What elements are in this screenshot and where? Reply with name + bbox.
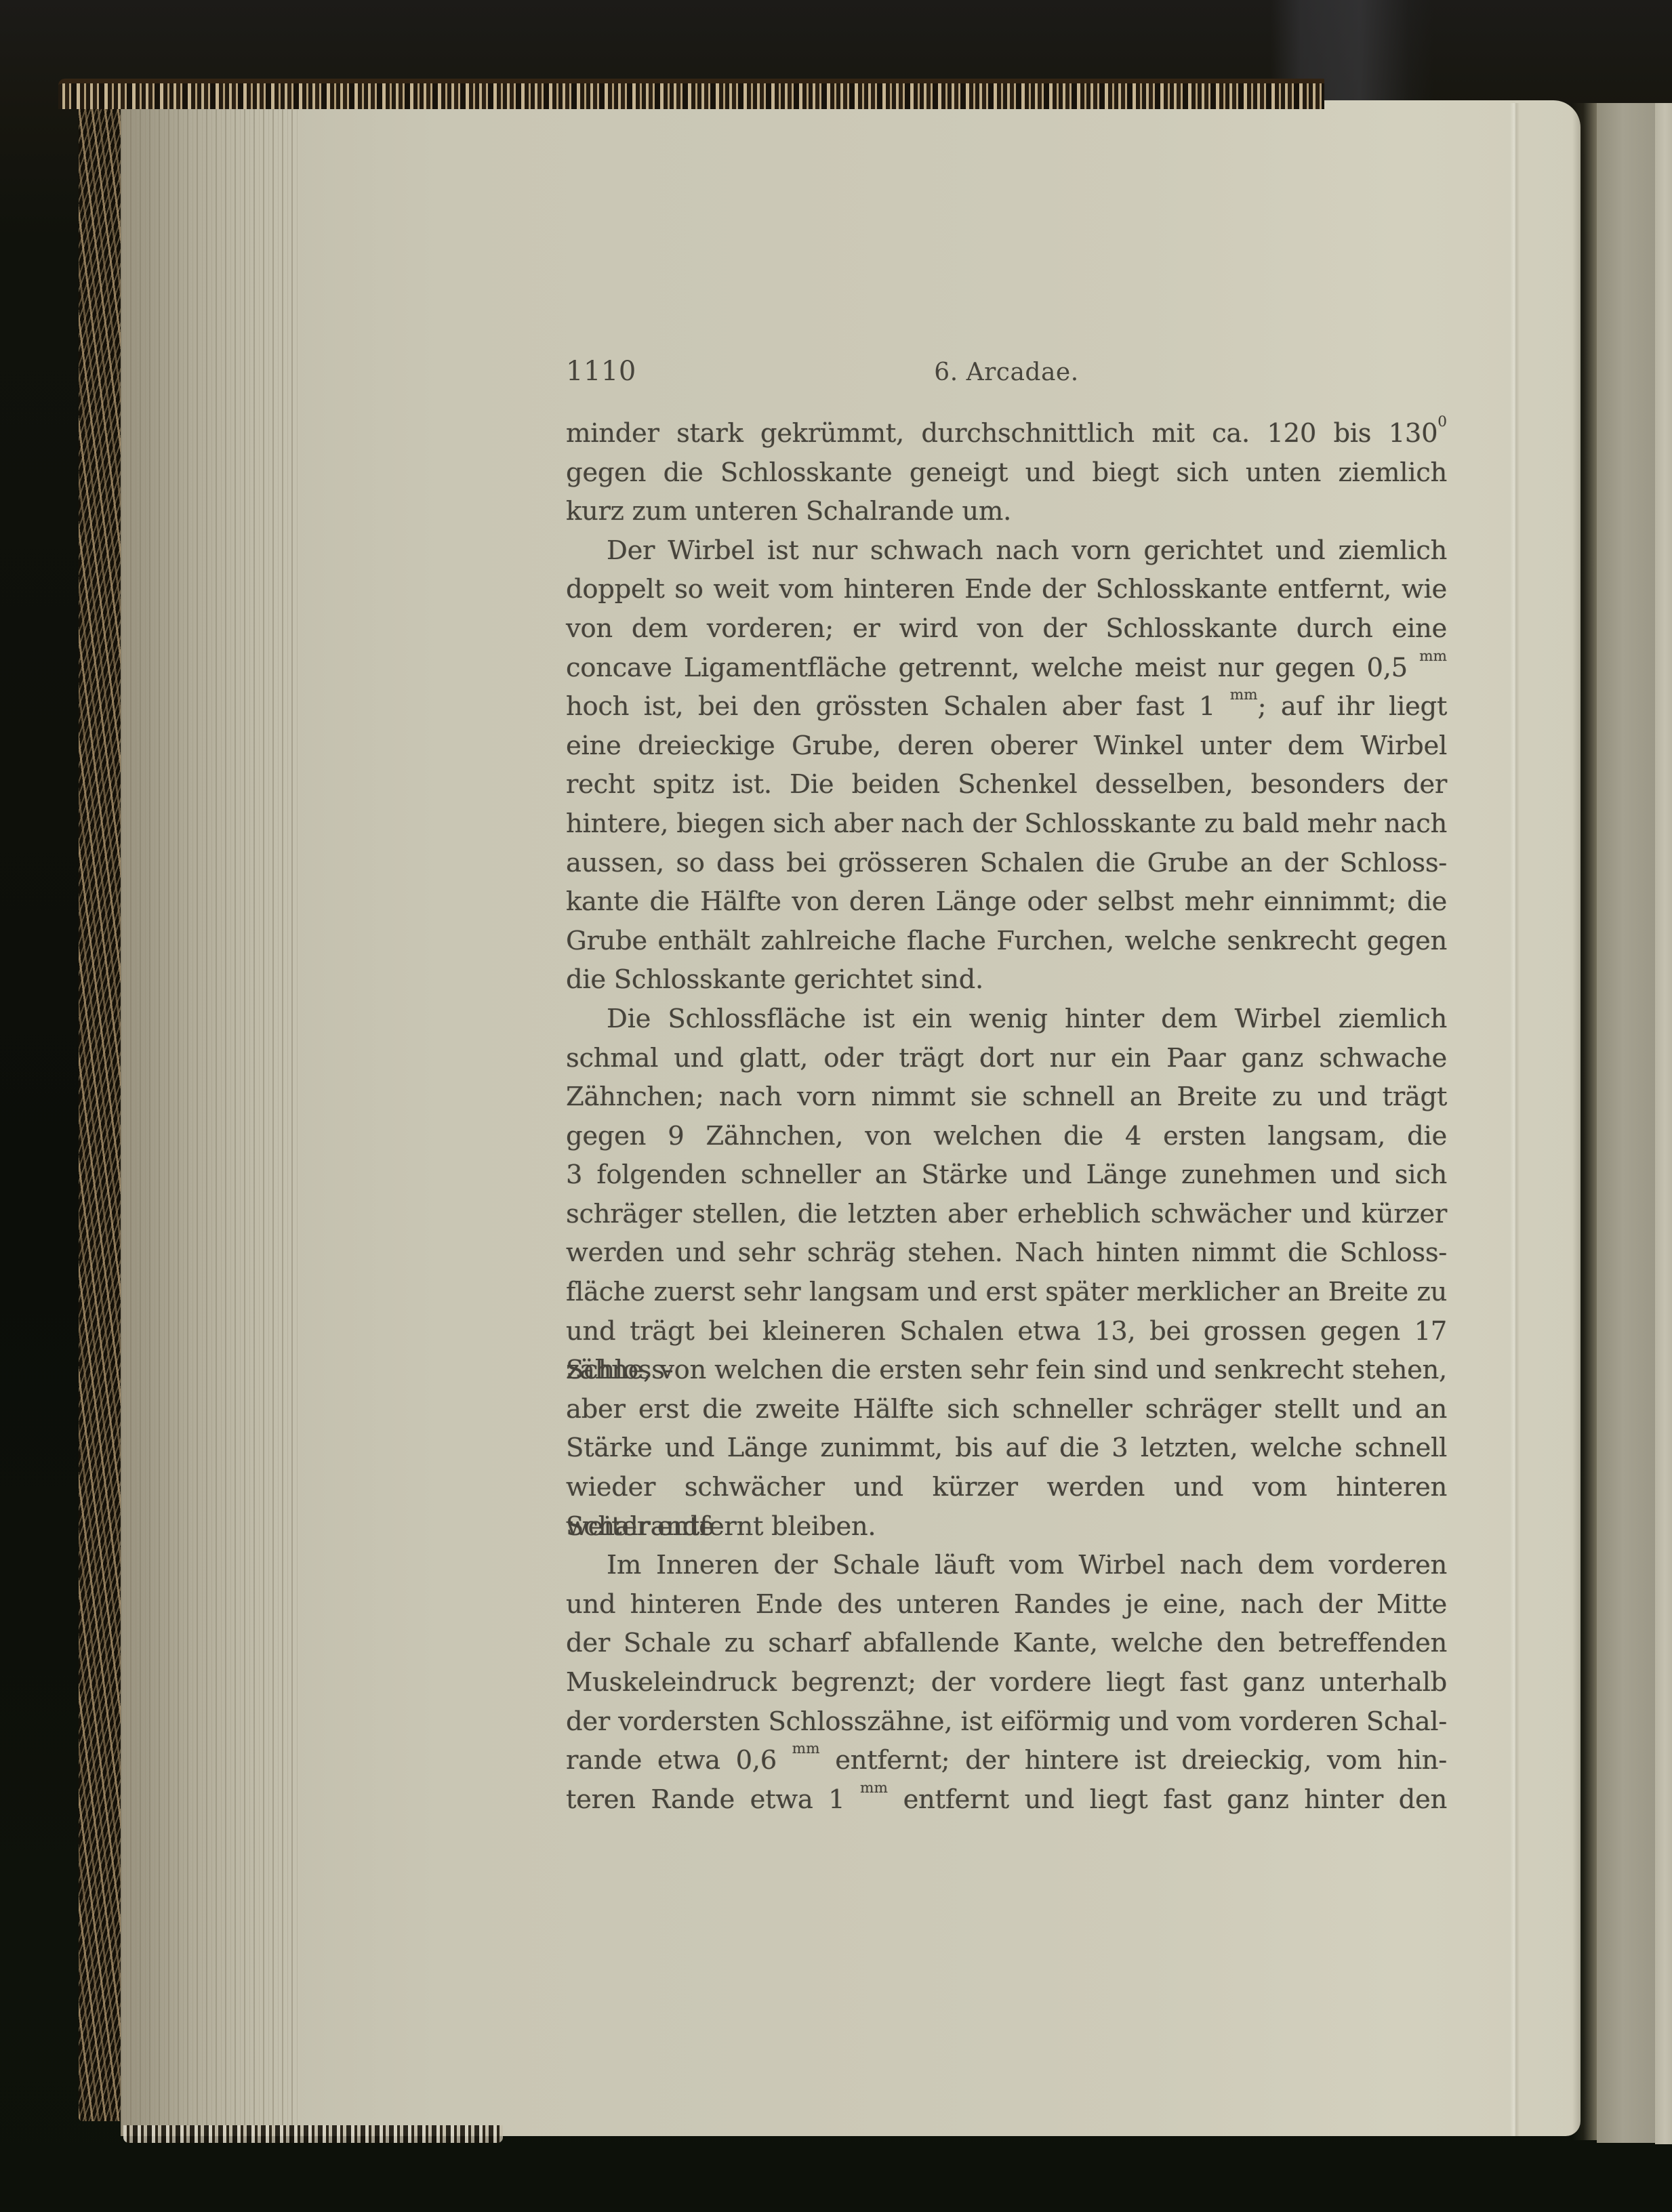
text-line-p3-13: wieder schwächer und kürzer werden und v… <box>566 1468 1447 1507</box>
marbled-cover-edge <box>79 94 122 2121</box>
fore-edge-lit <box>1655 103 1672 2144</box>
text-line-p3-8: fläche zuerst sehr langsam und erst spät… <box>566 1273 1447 1312</box>
text-line-p4-7: teren Rande etwa 1 mm entfernt und liegt… <box>566 1780 1447 1820</box>
text-line-p2-4: concave Ligamentfläche getrennt, welche … <box>566 649 1447 688</box>
text-line-p3-14: weiter entfernt bleiben. <box>566 1507 1447 1547</box>
text-line-p3-3: Zähnchen; nach vorn nimmt sie schnell an… <box>566 1078 1447 1117</box>
page-crease-highlight <box>1510 103 1520 2136</box>
speckled-top-page-edges <box>58 79 1324 109</box>
text-line-p2-3: von dem vorderen; er wird von der Schlos… <box>566 609 1447 649</box>
text-line-p3-4: gegen 9 Zähnchen, von welchen die 4 erst… <box>566 1117 1447 1156</box>
page-number: 1110 <box>566 354 636 389</box>
stacked-page-edges-left <box>121 100 300 2136</box>
text-line-p4-4: Muskeleindruck begrenzt; der vordere lie… <box>566 1663 1447 1702</box>
text-line-p4-3: der Schale zu scharf abfallende Kante, w… <box>566 1624 1447 1663</box>
text-line-p2-2: doppelt so weit vom hinteren Ende der Sc… <box>566 570 1447 609</box>
text-line-p3-2: schmal und glatt, oder trägt dort nur ei… <box>566 1039 1447 1078</box>
text-line-p2-1: Der Wirbel ist nur schwach nach vorn ger… <box>566 531 1447 571</box>
text-line-p2-6: eine dreieckige Grube, deren oberer Wink… <box>566 726 1447 766</box>
photographed-book-page: 1110 6. Arcadae. minder stark gekrümmt, … <box>0 0 1672 2212</box>
text-line-p2-12: die Schlosskante gerichtet sind. <box>566 960 1447 1000</box>
printed-text-block: 1110 6. Arcadae. minder stark gekrümmt, … <box>566 354 1447 1819</box>
text-line-p3-6: schräger stellen, die letzten aber erheb… <box>566 1195 1447 1234</box>
body-text: minder stark gekrümmt, durchschnittlich … <box>566 414 1447 1819</box>
text-line-p2-7: recht spitz ist. Die beiden Schenkel des… <box>566 765 1447 804</box>
text-line-p2-9: aussen, so dass bei grösseren Schalen di… <box>566 844 1447 883</box>
text-line-p2-10: kante die Hälfte von deren Länge oder se… <box>566 882 1447 922</box>
text-line-p3-11: aber erst die zweite Hälfte sich schnell… <box>566 1390 1447 1429</box>
text-line-p2-8: hintere, biegen sich aber nach der Schlo… <box>566 804 1447 844</box>
text-line-p3-9: und trägt bei kleineren Schalen etwa 13,… <box>566 1312 1447 1351</box>
running-title: 6. Arcadae. <box>934 355 1078 390</box>
page-header: 1110 6. Arcadae. <box>566 354 1447 389</box>
fore-edge-shadowed <box>1597 103 1655 2143</box>
text-line-p2-5: hoch ist, bei den grössten Schalen aber … <box>566 687 1447 726</box>
text-line-p1-1: minder stark gekrümmt, durchschnittlich … <box>566 414 1447 453</box>
text-line-p1-2: gegen die Schlosskante geneigt und biegt… <box>566 453 1447 493</box>
text-line-p4-1: Im Inneren der Schale läuft vom Wirbel n… <box>566 1546 1447 1585</box>
text-line-p4-2: und hinteren Ende des unteren Randes je … <box>566 1585 1447 1624</box>
bottom-page-edge-fringe <box>123 2125 503 2143</box>
text-line-p4-6: rande etwa 0,6 mm entfernt; der hintere … <box>566 1741 1447 1780</box>
text-line-p2-11: Grube enthält zahlreiche flache Furchen,… <box>566 922 1447 961</box>
text-line-p3-5: 3 folgenden schneller an Stärke und Läng… <box>566 1155 1447 1195</box>
text-line-p3-12: Stärke und Länge zunimmt, bis auf die 3 … <box>566 1429 1447 1468</box>
text-line-p3-7: werden und sehr schräg stehen. Nach hint… <box>566 1233 1447 1273</box>
text-line-p3-1: Die Schlossfläche ist ein wenig hinter d… <box>566 1000 1447 1039</box>
text-line-p3-10: zähne, von welchen die ersten sehr fein … <box>566 1351 1447 1390</box>
text-line-p1-3: kurz zum unteren Schalrande um. <box>566 492 1447 531</box>
text-line-p4-5: der vordersten Schlosszähne, ist eiförmi… <box>566 1702 1447 1742</box>
fore-edge-groove-shadow <box>1572 103 1597 2140</box>
